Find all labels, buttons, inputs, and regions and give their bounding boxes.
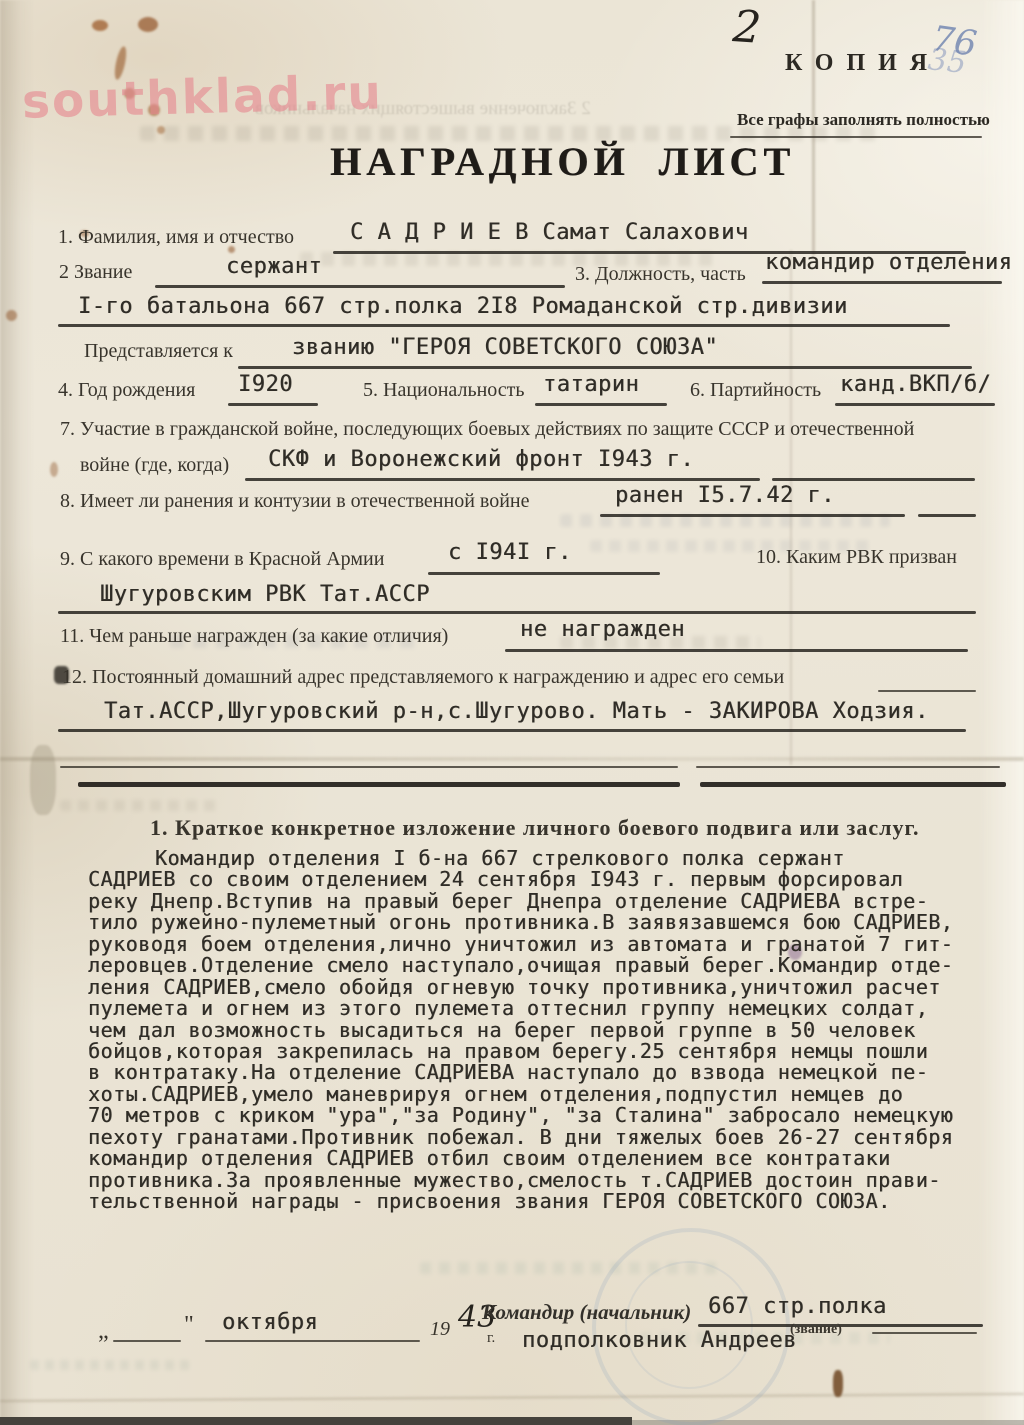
field-rank-value: сержант — [226, 254, 322, 279]
field-nominated-label: Представляется к — [84, 340, 233, 363]
date-quote-close: " — [184, 1312, 194, 1339]
rust-stain — [6, 310, 17, 321]
narrative-line: хоты.САДРИЕВ,умело маневрируя огнем отде… — [88, 1084, 953, 1105]
narrative-heading: 1. Краткое конкретное изложение личного … — [150, 815, 919, 841]
commander-label: Командир (начальник) — [482, 1300, 691, 1325]
commander-rank-value: подполковник Андреев — [522, 1328, 797, 1353]
watermark: southklad.ru — [21, 65, 383, 129]
fill-instruction: Все графы заполнять полностью — [737, 110, 990, 130]
field-party-label: 6. Партийность — [690, 379, 821, 402]
field-service-label: 9. С какого времени в Красной Армии — [60, 548, 384, 571]
field-nominated-underline — [238, 366, 972, 369]
narrative-line: пулемета и огнем из этого пулемета оттес… — [88, 998, 953, 1019]
field-service-value: с I94I г. — [448, 540, 572, 565]
field-position-label: 3. Должность, часть — [575, 263, 746, 286]
scan-bottom-strip — [0, 1417, 632, 1425]
bottom-left-fold — [30, 745, 56, 815]
narrative-line: реку Днепр.Вступив на правый берег Днепр… — [88, 891, 953, 912]
date-year-suffix: г. — [487, 1330, 495, 1347]
bottom-crease — [0, 1392, 1024, 1402]
field-wounds-value: ранен I5.7.42 г. — [615, 483, 835, 508]
narrative-line: 70 метров с криком "ура","за Родину", "з… — [88, 1105, 953, 1126]
field-birth-value: I920 — [238, 372, 293, 397]
narrative-line: тило ружейно-пулеметный огонь противника… — [88, 912, 953, 933]
field-war-underline-a — [245, 478, 760, 481]
narrative-line: пехоту гранатами.Противник побежал. В дн… — [88, 1127, 953, 1148]
rust-stain — [138, 17, 158, 32]
field-wounds-underline-a — [600, 514, 905, 517]
field-address-underline-b — [58, 729, 966, 732]
field-nationality-underline — [535, 403, 667, 406]
commander-underline-b — [872, 1332, 977, 1334]
field-nominated-value: званию "ГЕРОЯ СОВЕТСКОГО СОЮЗА" — [292, 335, 718, 360]
rust-stain — [92, 20, 108, 31]
field-birth-label: 4. Год рождения — [58, 379, 195, 402]
commander-unit-value: 667 стр.полка — [708, 1294, 887, 1319]
rust-stain — [50, 462, 58, 477]
copy-label: КОПИЯ — [785, 50, 940, 77]
field-rank-label: 2 Звание — [59, 261, 132, 284]
field-war-underline-b — [772, 478, 975, 481]
field-war-value: СКФ и Воронежский фронт I943 г. — [268, 447, 694, 472]
narrative-line: Командир отделения I б-на 667 стрелковог… — [88, 848, 953, 869]
date-underline-a — [113, 1340, 181, 1342]
narrative-line: леровцев.Отделение смело наступало,очища… — [88, 955, 953, 976]
divider-thick-b — [700, 782, 1006, 787]
field-address-label: 12. Постоянный домашний адрес представля… — [62, 666, 784, 689]
field-rvk-label: 10. Каким РВК призван — [756, 546, 957, 569]
narrative-line: САДРИЕВ со своим отделением 24 сентября … — [88, 869, 953, 890]
narrative-line: руководя боем отделения,лично уничтожил … — [88, 934, 953, 955]
field-rvk-value: Шугуровским РВК Тат.АССР — [100, 582, 430, 607]
horizontal-crease — [0, 757, 1024, 761]
divider-thick-a — [78, 782, 680, 787]
narrative-line: командир отделения САДРИЕВ отбил своим о… — [88, 1148, 953, 1169]
narrative-text: Командир отделения I б-на 667 стрелковог… — [88, 848, 953, 1212]
field-position-value: командир отделения — [765, 250, 1012, 275]
field-service-underline — [428, 572, 660, 575]
field-position-underline — [762, 281, 1002, 284]
field-party-value: канд.ВКП/б/ — [840, 372, 991, 397]
field-awards-value: не награжден — [520, 617, 685, 642]
award-sheet-document: 2 Заключение вышестоящих начальников sou… — [0, 0, 1024, 1425]
date-quote-open: „ — [98, 1318, 109, 1345]
field-wounds-underline-b — [918, 514, 976, 517]
field-name-value: С А Д Р И Е В Самат Салахович — [350, 220, 749, 245]
date-year-print: 19 — [430, 1318, 450, 1341]
paper-tear — [833, 1370, 843, 1397]
rank-note: (звание) — [790, 1322, 842, 1338]
narrative-line: бойцов,которая закрепилась на правом бер… — [88, 1041, 953, 1062]
handwritten-page-number: 2 — [731, 1, 762, 54]
narrative-line: чем дал возможность высадиться на берег … — [88, 1020, 953, 1041]
field-wounds-label: 8. Имеет ли ранения и контузии в отечест… — [60, 490, 529, 513]
field-rvk-underline — [58, 611, 976, 614]
date-underline-b — [205, 1340, 420, 1342]
divider-thin-a — [60, 766, 678, 768]
field-war-label-line1: 7. Участие в гражданской войне, последую… — [60, 418, 914, 441]
field-address-underline-a — [878, 690, 976, 692]
field-unit-underline — [58, 324, 950, 327]
field-war-label-line2: войне (где, когда) — [80, 454, 229, 477]
bleed-through-blur — [30, 1360, 190, 1370]
narrative-line: в контратаку.На отделение САДРИЕВА насту… — [88, 1062, 953, 1083]
field-nationality-value: татарин — [543, 372, 639, 397]
page-title: НАГРАДНОЙ ЛИСТ — [330, 138, 795, 185]
narrative-line: тельственной награды - присвоения звания… — [88, 1191, 953, 1212]
date-month: октября — [222, 1310, 318, 1335]
field-birth-underline — [228, 403, 318, 406]
field-awards-underline — [505, 649, 968, 652]
field-rank-underline — [155, 285, 565, 288]
narrative-line: противника.За проявленные мужество,смело… — [88, 1170, 953, 1191]
left-edge-shadow — [0, 0, 34, 1425]
field-party-underline — [835, 403, 995, 406]
field-unit-value: I-го батальона 667 стр.полка 2I8 Ромадан… — [78, 294, 848, 319]
field-nationality-label: 5. Национальность — [363, 379, 525, 402]
divider-thin-b — [696, 766, 1000, 768]
bleed-through-blur — [60, 800, 220, 811]
right-edge-highlight — [978, 0, 1024, 1425]
narrative-line: ления САДРИЕВ,смело обойдя огневую точку… — [88, 977, 953, 998]
field-name-label: 1. Фамилия, имя и отчество — [58, 226, 294, 249]
field-address-value: Тат.АССР,Шугуровский р-н,с.Шугурово. Мат… — [104, 699, 929, 724]
field-awards-label: 11. Чем раньше награжден (за какие отлич… — [60, 625, 448, 648]
